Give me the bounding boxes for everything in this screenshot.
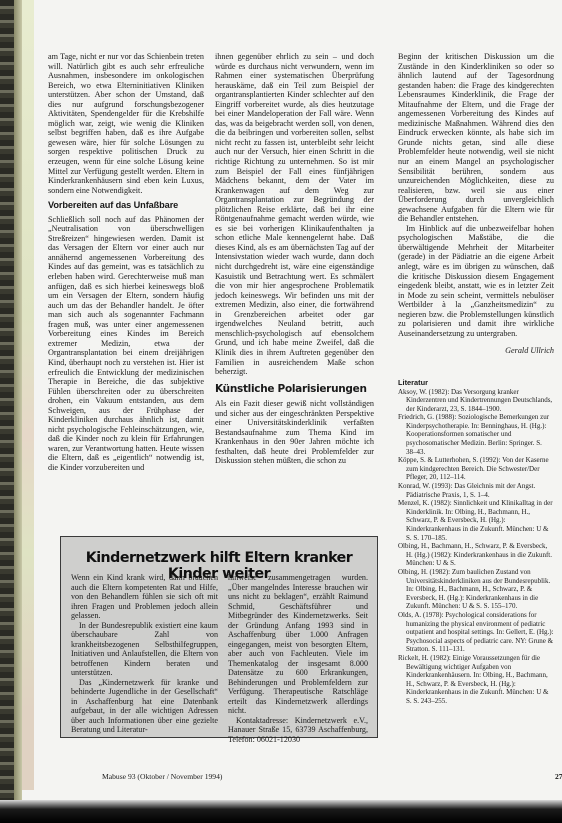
info-box: Kindernetzwerk hilft Eltern kranker Kind… [60,536,378,738]
section-heading: Vorbereiten auf das Unfaßbare [48,201,204,211]
contact-address: Kontaktadresse: Kindernetzwerk e.V., Han… [228,716,368,745]
info-box-column-2: hinweise zusammengetragen wurden. „Über … [228,573,368,744]
paragraph: hinweise zusammengetragen wurden. „Über … [228,573,368,716]
literature-list: Aksoy, W. (1982): Das Versorgung kranker… [398,388,554,706]
article-column-1: am Tage, nicht er nur vor das Schienbein… [48,52,204,473]
scan-bottom-edge [0,800,562,823]
author-signature: Gerald Ullrich [398,346,554,356]
literature-entry: Olbing, H., Bachmann, H., Schwarz, P. & … [398,542,554,568]
literature-entry: Konrad, W. (1993): Das Gleichnis mit der… [398,482,554,499]
literature-heading: Literatur [398,378,554,388]
paragraph: Schließlich soll noch auf das Phänomen d… [48,215,204,473]
page-number: 27 [555,772,562,781]
book-spine [0,0,14,823]
paragraph: Als ein Fazit dieser gewiß nicht vollstä… [215,399,374,466]
section-heading: Künstliche Polarisierungen [215,385,374,395]
literature-entry: Menzel, K. (1982): Sinnlichkeit und Klin… [398,499,554,542]
paragraph: ihnen gegenüber ehrlich zu sein – und do… [215,52,374,377]
magazine-page: am Tage, nicht er nur vor das Schienbein… [24,0,562,795]
paragraph: In der Bundesrepublik existiert eine kau… [71,621,218,678]
paragraph: am Tage, nicht er nur vor das Schienbein… [48,52,204,195]
info-box-column-1: Wenn ein Kind krank wird, dann brauchen … [71,573,218,735]
literature-entry: Friedrich, G. (1988): Soziologische Beme… [398,413,554,456]
issue-footer: Mabuse 93 (Oktober / November 1994) [102,772,222,781]
article-column-3: Beginn der kritischen Diskussion um die … [398,52,554,705]
page-gutter [14,0,22,823]
paragraph: Beginn der kritischen Diskussion um die … [398,52,554,224]
literature-entry: Köppe, S. & Lutterhohen, S. (1992): Von … [398,456,554,482]
paragraph: Wenn ein Kind krank wird, dann brauchen … [71,573,218,621]
literature-entry: Olbing, H. (1982): Zum baulichen Zustand… [398,568,554,611]
article-column-2: ihnen gegenüber ehrlich zu sein – und do… [215,52,374,466]
paragraph: Das „Kindernetzwerk für kranke und behin… [71,678,218,735]
paragraph: Im Hinblick auf die unbezweifelbar hohen… [398,224,554,339]
literature-entry: Olds, A. (1978): Psychological considera… [398,611,554,654]
literature-entry: Aksoy, W. (1982): Das Versorgung kranker… [398,388,554,414]
literature-entry: Rickelt, H. (1982): Einige Voraussetzung… [398,654,554,706]
